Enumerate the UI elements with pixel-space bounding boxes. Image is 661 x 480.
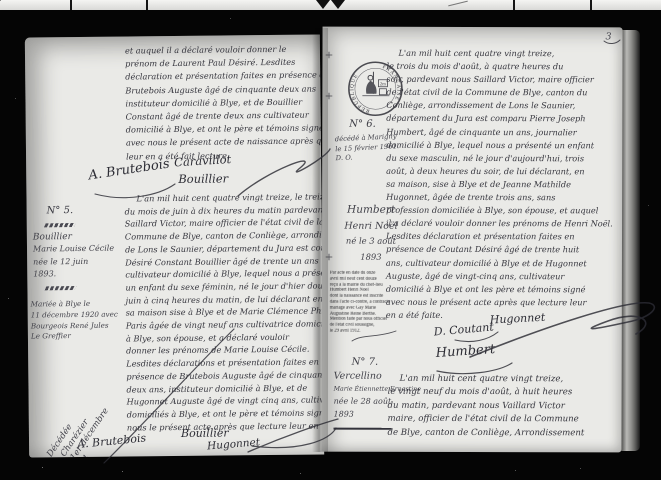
signature-hugonnet: Hugonnet [490,311,546,327]
text-line: août, à deux heures du soir, de lui décl… [386,165,613,179]
text-line: Le Greffier [31,331,118,343]
ruler-tick [513,0,515,10]
text-line: Bouillier [33,231,114,244]
text-line: Bourgeois René Jules [31,320,118,332]
text-line: soir, pardevant nous Saillard Victor, ma… [386,73,613,87]
ruler-tick [146,0,148,10]
text-line: domicilié à Blye, lequel nous a présenté… [386,138,613,152]
text-line: Paris âgée de vingt neuf ans cultivatric… [126,317,324,332]
page-left: et auquel il a déclaré vouloir donner le… [25,34,324,457]
text-line: domicilié à Blye et ont les père et témo… [386,282,613,296]
text-line: Humbert, âgé de cinquante un ans, journa… [386,125,613,139]
film-scratch [448,1,468,7]
text-line: le 29 avril 1912. [330,329,434,335]
text-line: présence de Coutant Désiré âgé de trente… [386,243,613,257]
text-line: département du Jura est comparu Pierre J… [386,112,613,126]
act-7-text: L'an mil huit cent quatre vingt treize,l… [387,373,584,441]
film-dust [0,0,1,1]
text-line: ans, cultivateur domicilié à Blye et de … [386,256,613,270]
text-line: avec nous le présent acte après que lect… [386,296,613,310]
signature-bouillier: Bouillier [181,426,229,439]
ruler-tick [590,0,592,10]
text-line: L'an mil huit cent quatre vingt treize, [400,373,585,387]
signature-humbert: Humbert [435,342,495,361]
margin-death-note: Décédéeà Charézierle 1er décembre1954 [45,395,120,458]
margin-divider [45,286,77,290]
filmstrip-ruler [0,0,661,10]
margin-marriage-note: Mariée à Blye le11 décembre 1920 avecBou… [31,299,119,343]
microfilm-frame: et auquel il a déclaré vouloir donner le… [0,0,661,480]
text-line: Marie Louise Cécile [33,243,114,256]
act-number-6: N° 6. [349,119,376,130]
text-line: avec nous le présent acte de naissance a… [126,135,324,150]
book-fore-edge [621,30,640,451]
frame-marker-icon [331,0,345,9]
act-4-text: et auquel il a déclaré vouloir donner le… [125,42,324,163]
act-5-text: L'an mil huit cent quatre vingt treize, … [124,190,324,434]
text-line: L'an mil huit cent quatre vingt treize, [398,47,613,61]
frame-marker-icon [316,0,330,9]
page-right: 3 RÉPUBLIQUE FRANÇAISE 2m N° 6. [321,27,622,453]
text-line: maire, officier de l'état civil de la Co… [388,413,585,427]
act-number-5: N° 5. [47,205,74,216]
signature-bouillier: Bouillier [178,171,228,186]
text-line: le trois du mois d'août, à quatre heures… [386,60,613,74]
text-line: Hugonnet, âgée de trente trois ans, sans [386,191,613,205]
signature-coutant: D. Coutant [433,320,494,338]
text-line: le vingt neuf du mois d'août, à huit heu… [388,386,585,400]
text-line: 1893. [33,268,114,281]
text-line: Conliège, arrondissement de Lons le Saun… [386,99,613,113]
ruler-tick [70,0,72,10]
margin-underline [334,428,392,430]
text-line: 11 décembre 1920 avec [31,309,118,321]
text-line: profession domiciliée à Blye, son épouse… [386,204,613,218]
text-line: il a déclaré vouloir donner les prénoms … [386,217,613,231]
margin-name-note: BouillierMarie Louise Cécilenée le 12 ju… [33,231,115,281]
act-number-7: N° 7. [352,357,379,368]
text-line: Lesdites déclaration et présentation fai… [386,230,613,244]
stamp-value: 2m [380,81,386,86]
page-number: 3 [606,31,612,42]
margin-divider [44,223,76,227]
text-line: Auguste, âgé de vingt-cinq ans, cultivat… [386,269,613,283]
text-line: du matin, pardevant nous Vaillard Victor [388,400,585,414]
text-line: née le 12 juin [33,255,114,268]
signature-caravillot: Caravillot [174,152,232,170]
act-6-text: L'an mil huit cent quatre vingt treize,l… [386,47,613,323]
text-line: du sexe masculin, né le jour d'aujourd'h… [386,152,613,166]
text-line: sa maison, sise à Blye et de Jeanne Math… [386,178,613,192]
text-line: de Blye, canton de Conliège, Arrondissem… [387,426,584,440]
text-line: de l'état civil de la Commune de Blye, c… [386,86,613,100]
book-gutter [312,28,328,452]
